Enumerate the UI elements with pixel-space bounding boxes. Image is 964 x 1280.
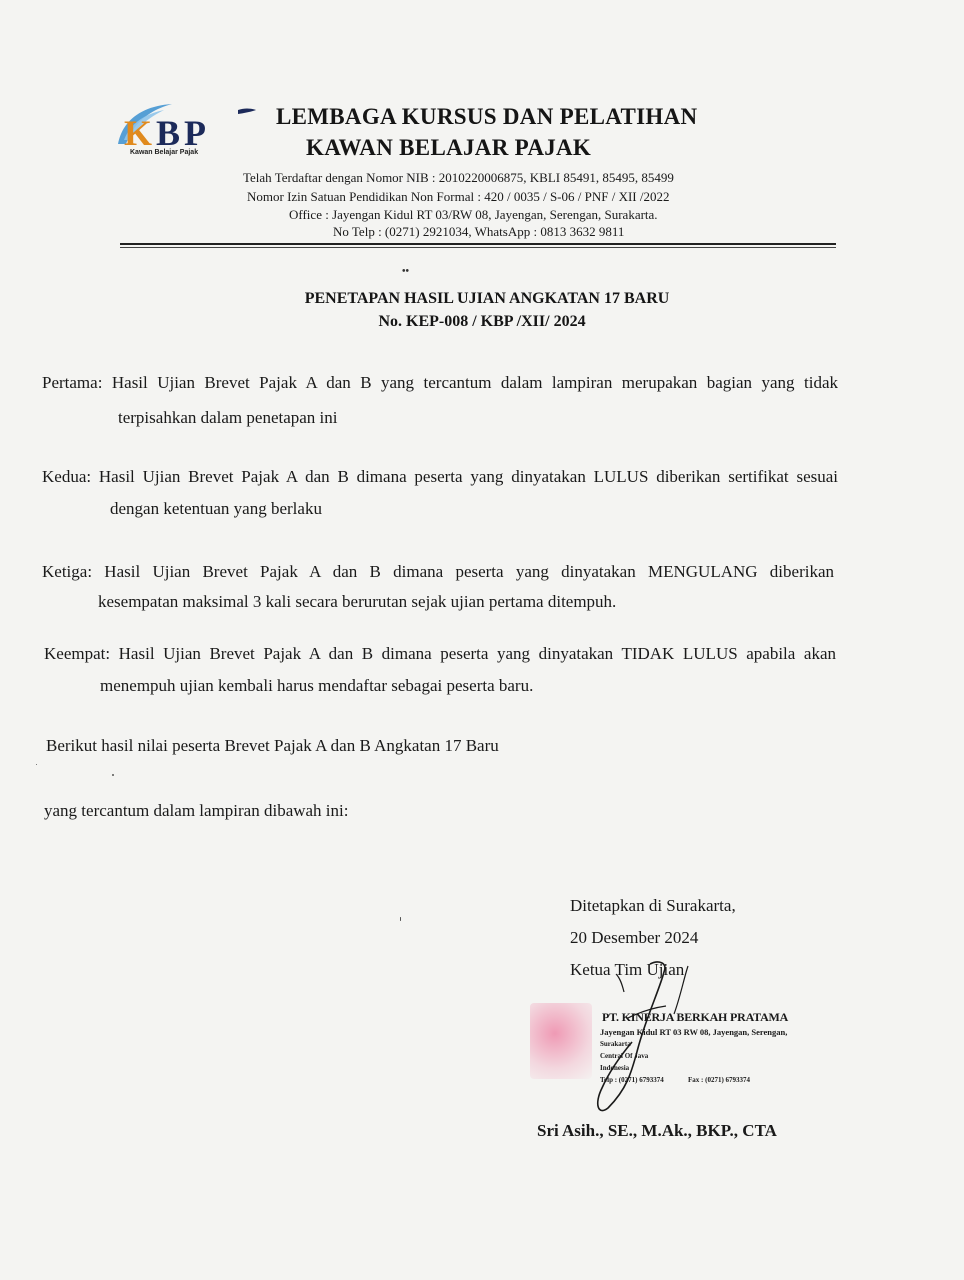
clause-line: Ketiga: Hasil Ujian Brevet Pajak A dan B… [42,562,834,582]
kbp-logo: KBP Kawan Belajar Pajak [110,100,260,162]
signatory-name: Sri Asih., SE., M.Ak., BKP., CTA [537,1121,777,1141]
letterhead-divider-thin [120,247,836,248]
clause-line: Pertama: Hasil Ujian Brevet Pajak A dan … [42,373,838,393]
signature-place: Ditetapkan di Surakarta, [570,896,736,916]
clause-line: menempuh ujian kembali harus mendaftar s… [100,676,533,696]
org-name-line2: KAWAN BELAJAR PAJAK [306,135,746,161]
org-name-line1: LEMBAGA KURSUS DAN PELATIHAN [276,104,716,130]
intro-line: yang tercantum dalam lampiran dibawah in… [44,801,348,821]
clause-line: Keempat: Hasil Ujian Brevet Pajak A dan … [44,644,836,664]
stamp-mark [530,1003,592,1079]
document-page: KBP Kawan Belajar Pajak LEMBAGA KURSUS D… [0,0,964,1280]
clause-line: kesempatan maksimal 3 kali secara beruru… [98,592,616,612]
decorative-dots: •• [402,266,409,277]
clause-line: terpisahkan dalam penetapan ini [118,408,338,428]
permit-info: Nomor Izin Satuan Pendidikan Non Formal … [247,189,669,205]
signature-date: 20 Desember 2024 [570,928,698,948]
letterhead-divider [120,243,836,245]
logo-tagline: Kawan Belajar Pajak [130,149,198,156]
document-title: PENETAPAN HASIL UJIAN ANGKATAN 17 BARU [0,290,964,308]
intro-line: Berikut hasil nilai peserta Brevet Pajak… [46,736,499,756]
scan-speck [400,917,401,921]
logo-letters: KBP [124,112,210,154]
document-number: No. KEP-008 / KBP /XII/ 2024 [0,313,964,331]
handwritten-signature [588,958,708,1118]
clause-line: Kedua: Hasil Ujian Brevet Pajak A dan B … [42,467,838,487]
office-address: Office : Jayengan Kidul RT 03/RW 08, Jay… [289,207,658,223]
contact-info: No Telp : (0271) 2921034, WhatsApp : 081… [333,224,624,240]
registration-info: Telah Terdaftar dengan Nomor NIB : 20102… [243,170,674,186]
scan-speck [36,764,37,765]
scan-speck [112,774,114,776]
clause-line: dengan ketentuan yang berlaku [110,499,322,519]
